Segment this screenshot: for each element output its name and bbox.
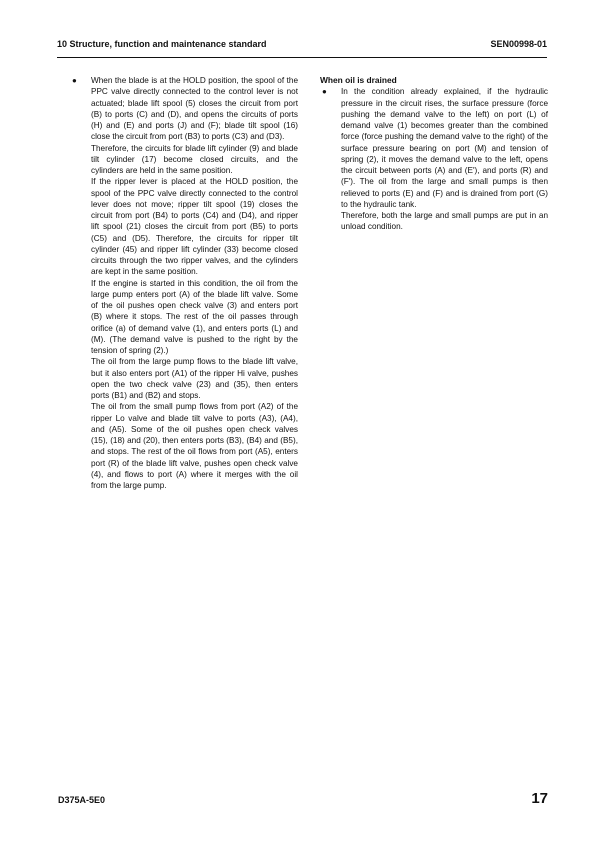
paragraph: The oil from the large pump flows to the… bbox=[91, 356, 298, 401]
paragraph: If the ripper lever is placed at the HOL… bbox=[91, 176, 298, 277]
paragraph: Therefore, the circuits for blade lift c… bbox=[91, 143, 298, 177]
bullet-icon: ● bbox=[322, 86, 327, 97]
page-number: 17 bbox=[531, 790, 548, 807]
bullet-icon: ● bbox=[72, 75, 77, 86]
bullet-item: ● When the blade is at the HOLD position… bbox=[91, 75, 298, 491]
model-code: D375A-5E0 bbox=[58, 795, 105, 805]
page-header: 10 Structure, function and maintenance s… bbox=[57, 39, 547, 58]
paragraph: Therefore, both the large and small pump… bbox=[341, 210, 548, 233]
subsection-heading: When oil is drained bbox=[320, 75, 548, 86]
paragraph: When the blade is at the HOLD position, … bbox=[91, 75, 298, 143]
paragraph: In the condition already explained, if t… bbox=[341, 86, 548, 210]
paragraph: The oil from the small pump flows from p… bbox=[91, 401, 298, 491]
left-column: ● When the blade is at the HOLD position… bbox=[91, 75, 298, 491]
section-title: 10 Structure, function and maintenance s… bbox=[57, 39, 267, 49]
document-number: SEN00998-01 bbox=[490, 39, 547, 49]
bullet-item: ● In the condition already explained, if… bbox=[341, 86, 548, 232]
paragraph: If the engine is started in this conditi… bbox=[91, 278, 298, 357]
right-column: When oil is drained ● In the condition a… bbox=[320, 75, 548, 233]
